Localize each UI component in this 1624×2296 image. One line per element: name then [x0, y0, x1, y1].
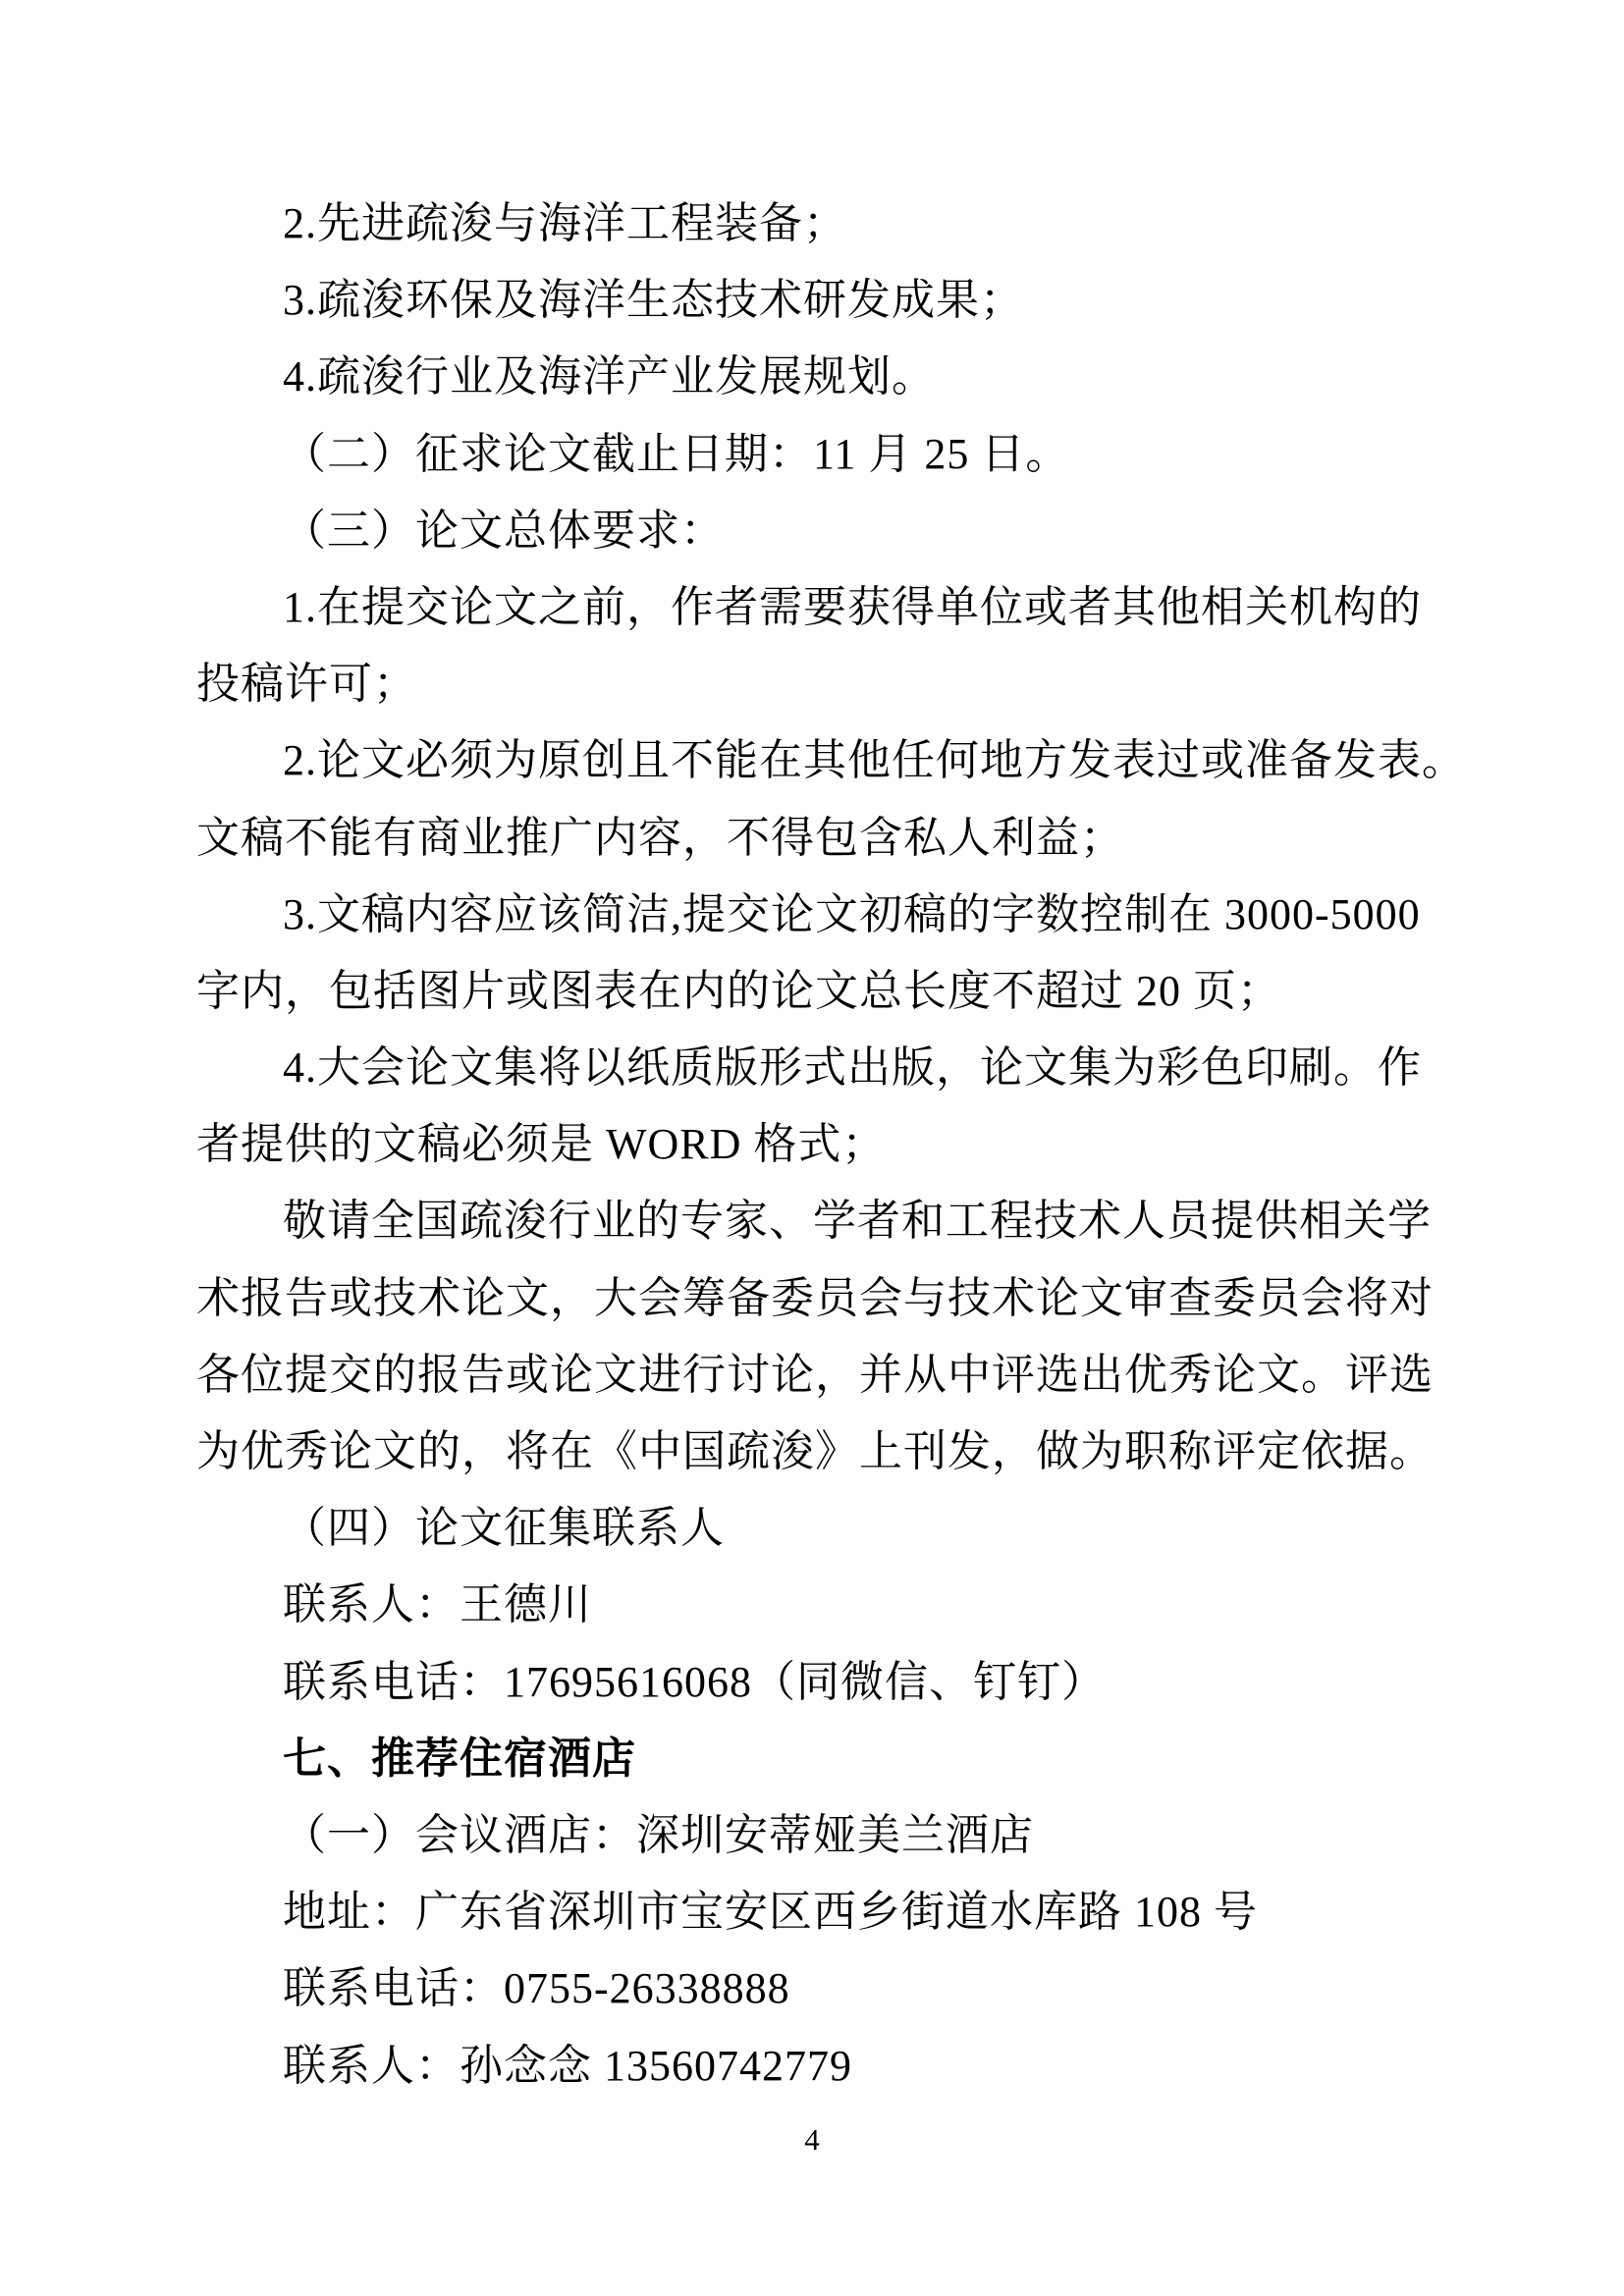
text-line: 4.疏浚行业及海洋产业发展规划。 [196, 339, 1432, 415]
text-line: 文稿不能有商业推广内容，不得包含私人利益； [196, 800, 1432, 877]
text-line: 各位提交的报告或论文进行讨论，并从中评选出优秀论文。评选 [196, 1337, 1432, 1414]
text-line: 2.先进疏浚与海洋工程装备； [196, 186, 1432, 262]
text-line: 3.疏浚环保及海洋生态技术研发成果； [196, 262, 1432, 339]
text-line: 术报告或技术论文，大会筹备委员会与技术论文审查委员会将对 [196, 1260, 1432, 1337]
text-line: （四）论文征集联系人 [196, 1490, 1432, 1567]
page-number: 4 [0, 2120, 1624, 2160]
text-line: （一）会议酒店：深圳安蒂娅美兰酒店 [196, 1797, 1432, 1874]
text-line: 者提供的文稿必须是 WORD 格式； [196, 1106, 1432, 1183]
section-heading: 七、推荐住宿酒店 [196, 1721, 1432, 1797]
text-line: 4.大会论文集将以纸质版形式出版，论文集为彩色印刷。作 [196, 1030, 1432, 1106]
text-line: 联系电话：17695616068（同微信、钉钉） [196, 1644, 1432, 1721]
text-line: 1.在提交论文之前，作者需要获得单位或者其他相关机构的 [196, 569, 1432, 646]
text-line: 投稿许可； [196, 646, 1432, 722]
document-page: 2.先进疏浚与海洋工程装备；3.疏浚环保及海洋生态技术研发成果；4.疏浚行业及海… [0, 0, 1624, 2296]
text-line: 字内，包括图片或图表在内的论文总长度不超过 20 页； [196, 953, 1432, 1030]
text-line: （三）论文总体要求： [196, 493, 1432, 569]
text-line: 2.论文必须为原创且不能在其他任何地方发表过或准备发表。 [196, 722, 1432, 799]
text-line: 敬请全国疏浚行业的专家、学者和工程技术人员提供相关学 [196, 1183, 1432, 1259]
text-line: 为优秀论文的，将在《中国疏浚》上刊发，做为职称评定依据。 [196, 1414, 1432, 1490]
text-line: 地址：广东省深圳市宝安区西乡街道水库路 108 号 [196, 1874, 1432, 1950]
text-line: （二）征求论文截止日期：11 月 25 日。 [196, 416, 1432, 493]
text-line: 3.文稿内容应该简洁,提交论文初稿的字数控制在 3000-5000 [196, 877, 1432, 953]
page-body-text: 2.先进疏浚与海洋工程装备；3.疏浚环保及海洋生态技术研发成果；4.疏浚行业及海… [196, 186, 1432, 2105]
text-line: 联系人：孙念念 13560742779 [196, 2028, 1432, 2105]
text-line: 联系电话：0755-26338888 [196, 1950, 1432, 2027]
text-line: 联系人：王德川 [196, 1567, 1432, 1643]
